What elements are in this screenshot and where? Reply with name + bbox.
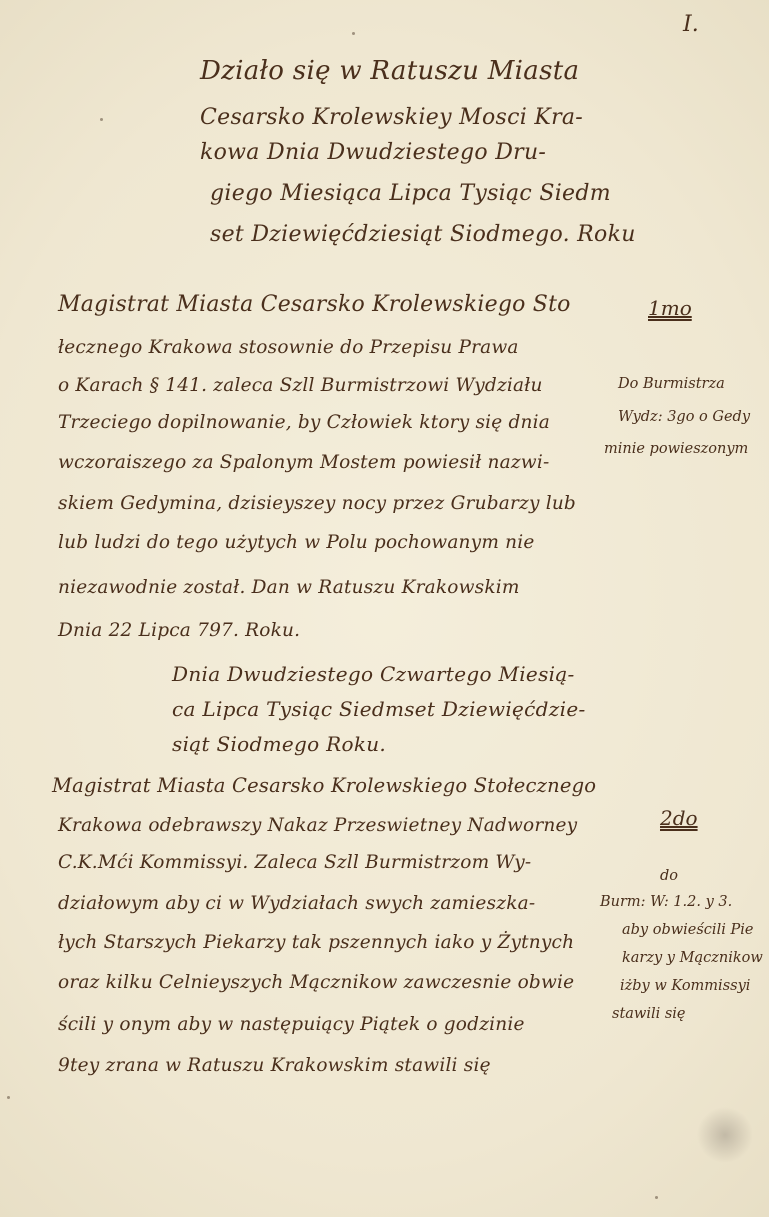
heading-line: ca Lipca Tysiąc Siedmset Dziewięćdzie-	[172, 697, 586, 721]
heading-line: Działo się w Ratuszu Miasta	[200, 56, 579, 86]
paper-speck	[655, 1196, 658, 1199]
entry-number: 2do	[660, 806, 698, 830]
heading-line: giego Miesiąca Lipca Tysiąc Siedm	[210, 181, 611, 206]
margin-note-line: Do Burmistrza	[618, 376, 725, 392]
body-line: Dnia 22 Lipca 797. Roku.	[58, 620, 300, 641]
body-line: Krakowa odebrawszy Nakaz Przeswietney Na…	[58, 815, 577, 836]
body-line: Magistrat Miasta Cesarsko Krolewskiego S…	[52, 774, 596, 797]
body-line: skiem Gedymina, dzisieyszey nocy przez G…	[58, 493, 576, 514]
heading-line: set Dziewięćdziesiąt Siodmego. Roku	[210, 222, 636, 247]
body-line: oraz kilku Celnieyszych Mącznikow zawcze…	[58, 972, 574, 993]
heading-line: siąt Siodmego Roku.	[172, 732, 386, 756]
manuscript-page: I. Działo się w Ratuszu Miasta Cesarsko …	[0, 0, 769, 1217]
margin-note-line: stawili się	[612, 1006, 686, 1022]
body-line: łecznego Krakowa stosownie do Przepisu P…	[58, 337, 519, 358]
margin-note-line: Burm: W: 1.2. y 3.	[600, 894, 732, 910]
body-line: ścili y onym aby w następuiący Piątek o …	[58, 1014, 525, 1035]
margin-note-line: aby obwieścili Pie	[622, 922, 753, 938]
heading-line: kowa Dnia Dwudziestego Dru-	[200, 140, 546, 165]
body-line: Magistrat Miasta Cesarsko Krolewskiego S…	[58, 292, 571, 317]
paper-speck	[100, 118, 103, 121]
entry-number: 1mo	[648, 296, 692, 320]
body-line: 9tey zrana w Ratuszu Krakowskim stawili …	[58, 1055, 491, 1076]
folio-number: I.	[683, 12, 699, 37]
body-line: łych Starszych Piekarzy tak pszennych ia…	[58, 932, 574, 953]
margin-note-line: do	[660, 868, 678, 884]
body-line: o Karach § 141. zaleca Szll Burmistrzowi…	[58, 375, 543, 396]
body-line: Trzeciego dopilnowanie, by Człowiek ktor…	[58, 412, 550, 433]
body-line: C.K.Mći Kommissyi. Zaleca Szll Burmistrz…	[58, 852, 531, 873]
margin-note-line: Wydz: 3go o Gedy	[618, 409, 750, 425]
body-line: działowym aby ci w Wydziałach swych zami…	[58, 893, 535, 914]
margin-note-line: karzy y Mącznikow	[622, 950, 763, 966]
body-line: niezawodnie został. Dan w Ratuszu Krakow…	[58, 577, 520, 598]
body-line: lub ludzi do tego użytych w Polu pochowa…	[58, 532, 535, 553]
margin-note-line: iżby w Kommissyi	[620, 978, 750, 994]
paper-speck	[7, 1096, 10, 1099]
paper-speck	[352, 32, 355, 35]
heading-line: Cesarsko Krolewskiey Mosci Kra-	[200, 105, 583, 130]
body-line: wczoraiszego za Spalonym Mostem powiesił…	[58, 452, 549, 473]
margin-note-line: minie powieszonym	[604, 441, 748, 457]
heading-line: Dnia Dwudziestego Czwartego Miesią-	[172, 662, 575, 686]
